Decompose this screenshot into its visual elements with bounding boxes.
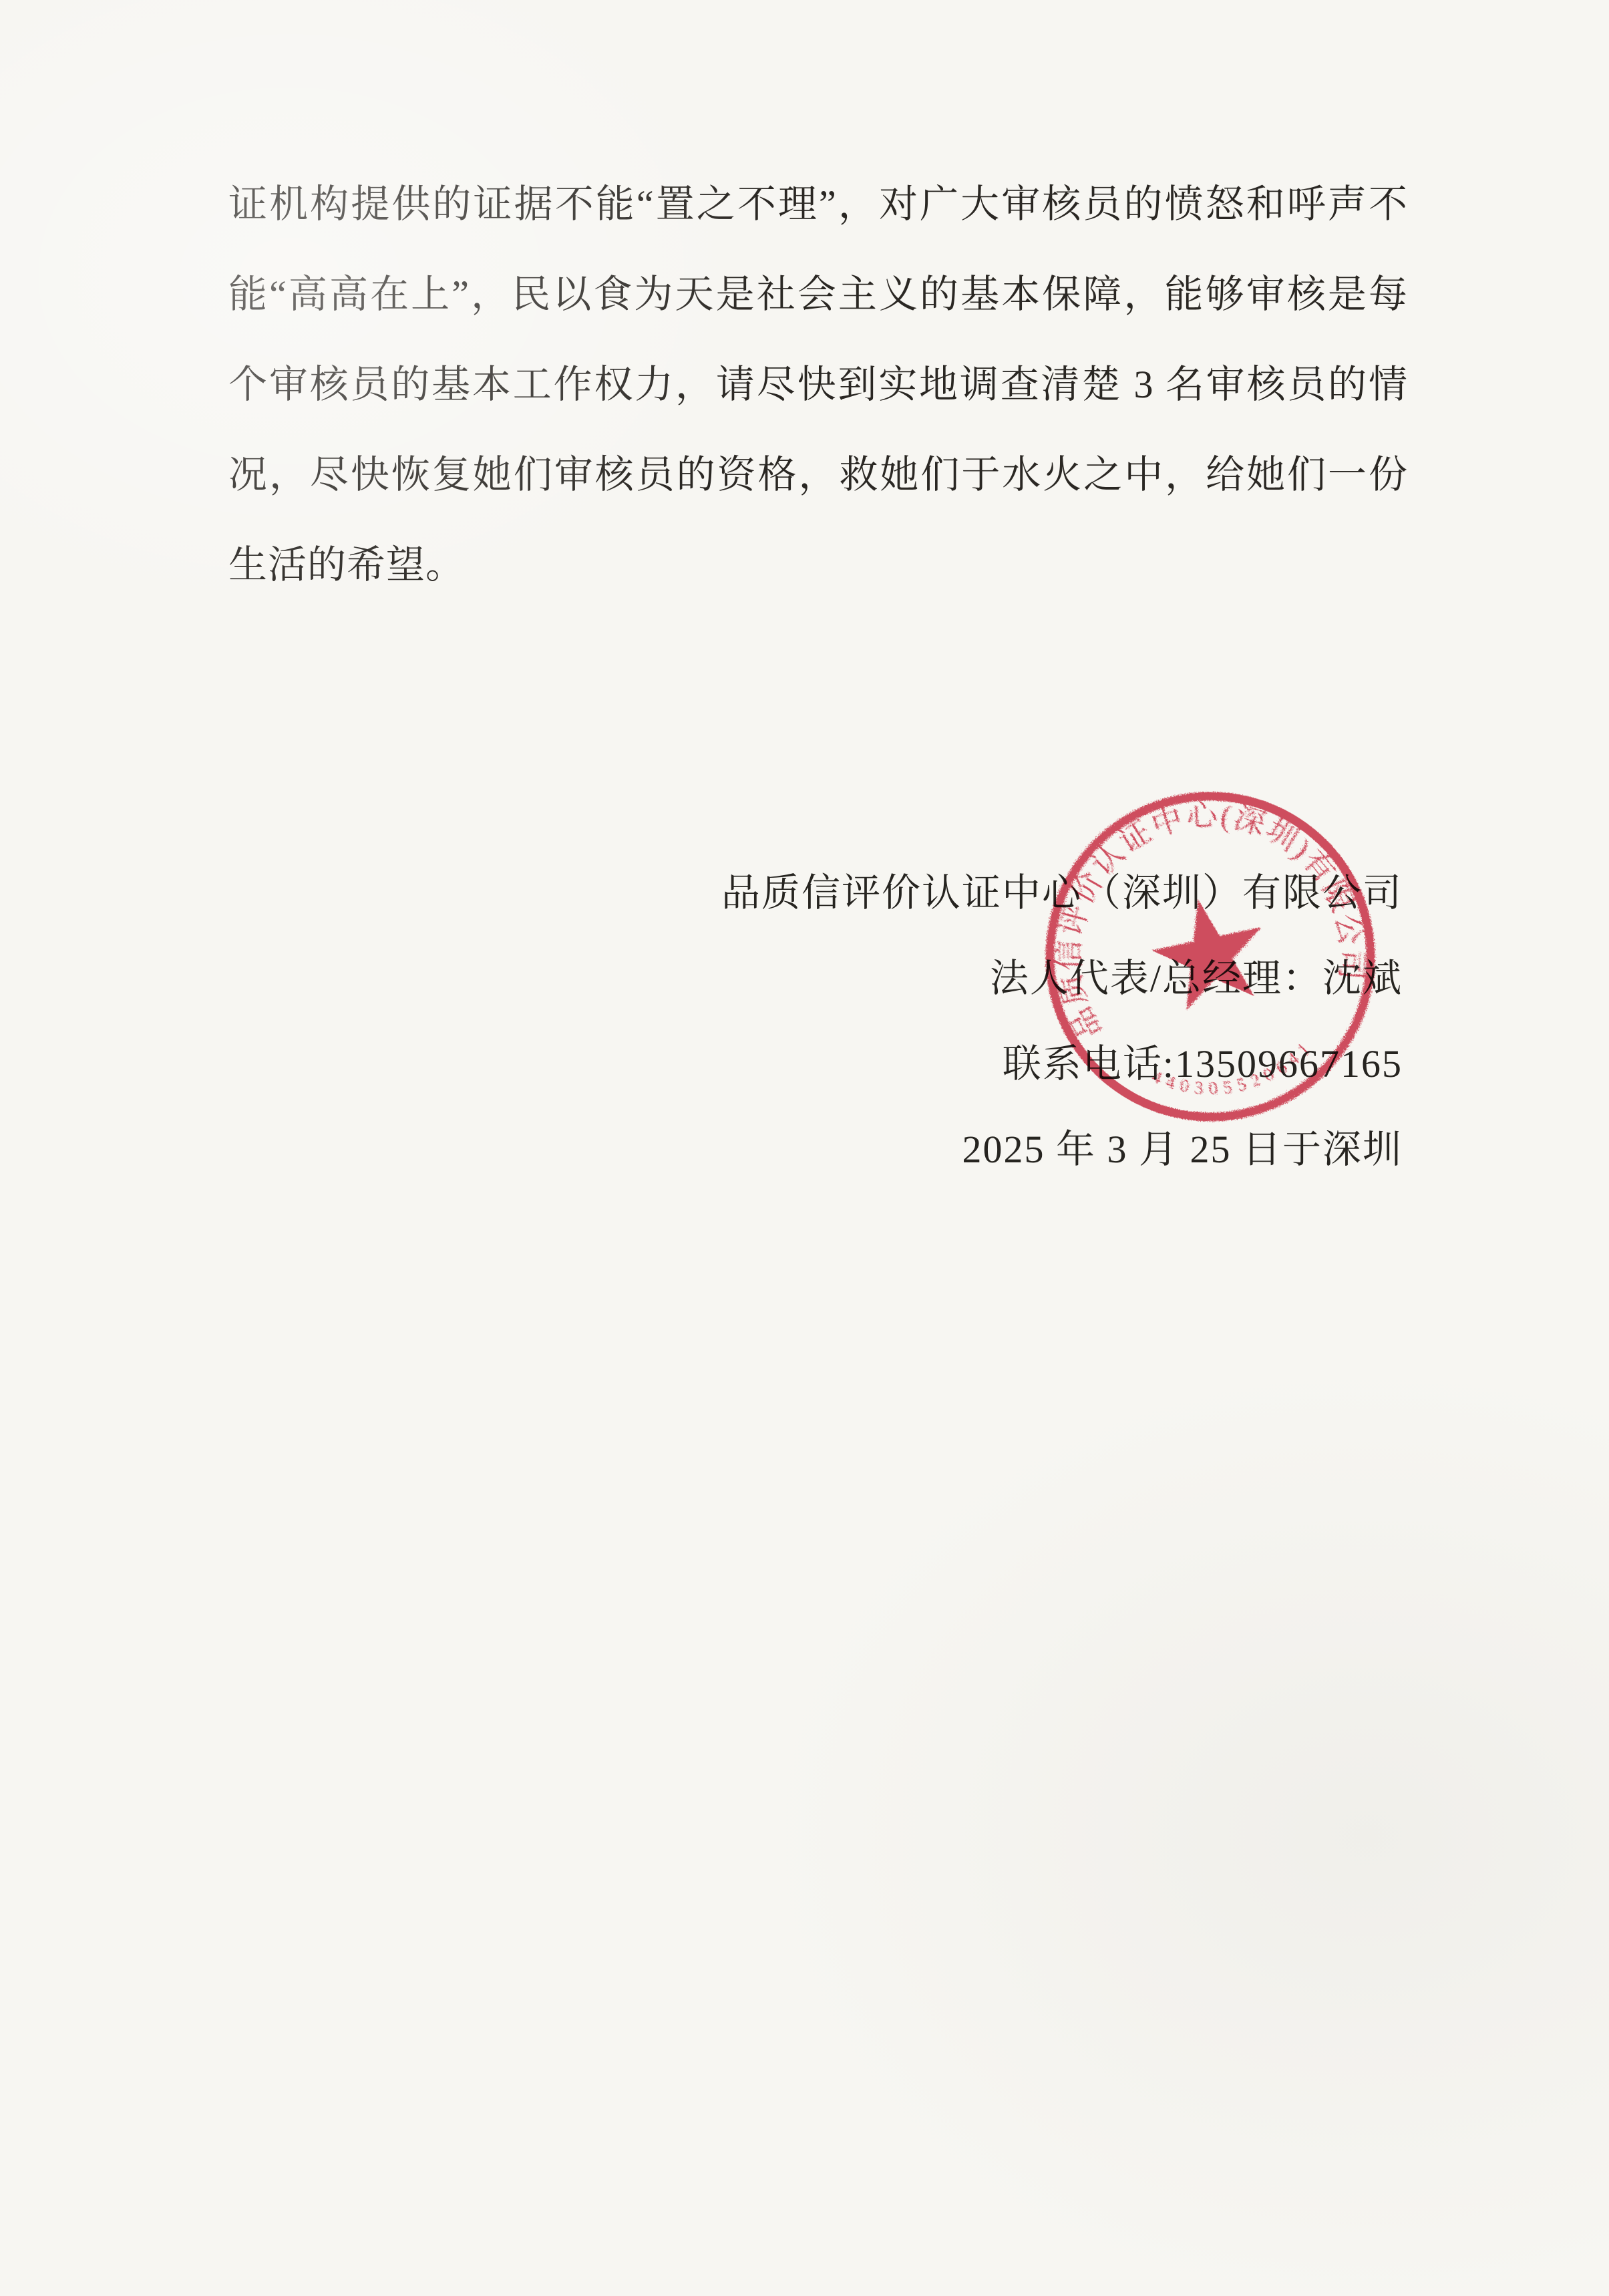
scanned-letter-page: 证机构提供的证据不能“置之不理”，对广大审核员的愤怒和呼声不 能“高高在上”，民… [0,0,1609,2296]
paragraph-line-1: 证机构提供的证据不能“置之不理”，对广大审核员的愤怒和呼声不 [228,159,1408,249]
body-paragraph: 证机构提供的证据不能“置之不理”，对广大审核员的愤怒和呼声不 能“高高在上”，民… [228,159,1408,610]
signature-block: 品质信评价认证中心（深圳）有限公司 法人代表/总经理：沈斌 联系电话:13509… [721,850,1403,1192]
company-name-line: 品质信评价认证中心（深圳）有限公司 [721,850,1403,936]
date-place-line: 2025 年 3 月 25 日于深圳 [721,1107,1403,1192]
contact-phone-line: 联系电话:13509667165 [721,1021,1403,1107]
legal-representative-line: 法人代表/总经理：沈斌 [721,936,1403,1021]
paragraph-line-5: 生活的希望。 [228,520,1408,610]
paragraph-line-2: 能“高高在上”，民以食为天是社会主义的基本保障，能够审核是每 [228,249,1408,339]
paragraph-line-4: 况，尽快恢复她们审核员的资格，救她们于水火之中，给她们一份 [228,430,1408,520]
paragraph-line-3: 个审核员的基本工作权力，请尽快到实地调查清楚 3 名审核员的情 [228,339,1408,430]
